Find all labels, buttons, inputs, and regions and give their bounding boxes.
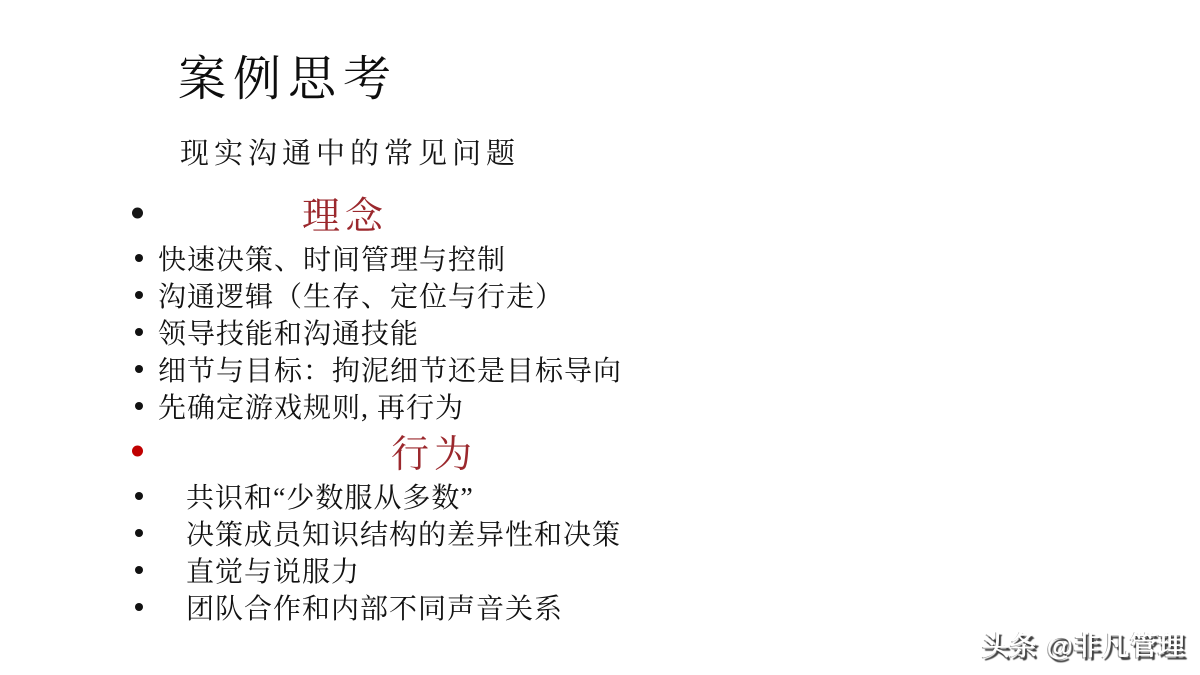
list-item: 领导技能和沟通技能 (128, 313, 728, 350)
list-item: 决策成员知识结构的差异性和决策 (128, 514, 728, 551)
bullet-icon (135, 254, 143, 262)
list-item-text: 细节与目标：拘泥细节还是目标导向 (158, 349, 622, 389)
section-heading: 理念 (302, 185, 388, 240)
slide-title: 案例思考 (178, 40, 398, 109)
bullet-list: 理念快速决策、时间管理与控制沟通逻辑（生存、定位与行走）领导技能和沟通技能细节与… (128, 186, 728, 625)
list-item: 沟通逻辑（生存、定位与行走） (128, 276, 728, 313)
bullet-icon (135, 291, 143, 299)
bullet-icon (135, 492, 143, 500)
slide-subtitle: 现实沟通中的常见问题 (180, 131, 520, 172)
bullet-icon (135, 365, 143, 373)
section-heading: 行为 (391, 423, 477, 478)
list-item-text: 沟通逻辑（生存、定位与行走） (158, 275, 564, 315)
bullet-icon (135, 328, 143, 336)
list-item-text: 直觉与说服力 (186, 550, 360, 590)
bullet-icon (135, 529, 143, 537)
list-item: 细节与目标：拘泥细节还是目标导向 (128, 350, 728, 387)
list-item-text: 领导技能和沟通技能 (158, 312, 419, 352)
list-item-text: 快速决策、时间管理与控制 (158, 238, 506, 278)
slide: 案例思考 现实沟通中的常见问题 理念快速决策、时间管理与控制沟通逻辑（生存、定位… (0, 0, 1200, 675)
list-item: 共识和“少数服从多数” (128, 477, 728, 514)
section-heading-row: 行为 (128, 424, 728, 477)
list-item: 先确定游戏规则, 再行为 (128, 387, 728, 424)
list-item: 快速决策、时间管理与控制 (128, 239, 728, 276)
list-item-text: 先确定游戏规则, 再行为 (158, 386, 464, 426)
watermark-text: 头条 @非凡管理 (982, 624, 1186, 663)
bullet-icon (135, 402, 143, 410)
list-item-text: 决策成员知识结构的差异性和决策 (186, 513, 621, 553)
list-item-text: 团队合作和内部不同声音关系 (186, 587, 563, 627)
list-item-text: 共识和“少数服从多数” (186, 476, 474, 516)
bullet-icon (132, 445, 143, 456)
bullet-icon (135, 603, 143, 611)
list-item: 直觉与说服力 (128, 551, 728, 588)
bullet-icon (135, 566, 143, 574)
section-heading-row: 理念 (128, 186, 728, 239)
bullet-icon (132, 207, 143, 218)
list-item: 团队合作和内部不同声音关系 (128, 588, 728, 625)
